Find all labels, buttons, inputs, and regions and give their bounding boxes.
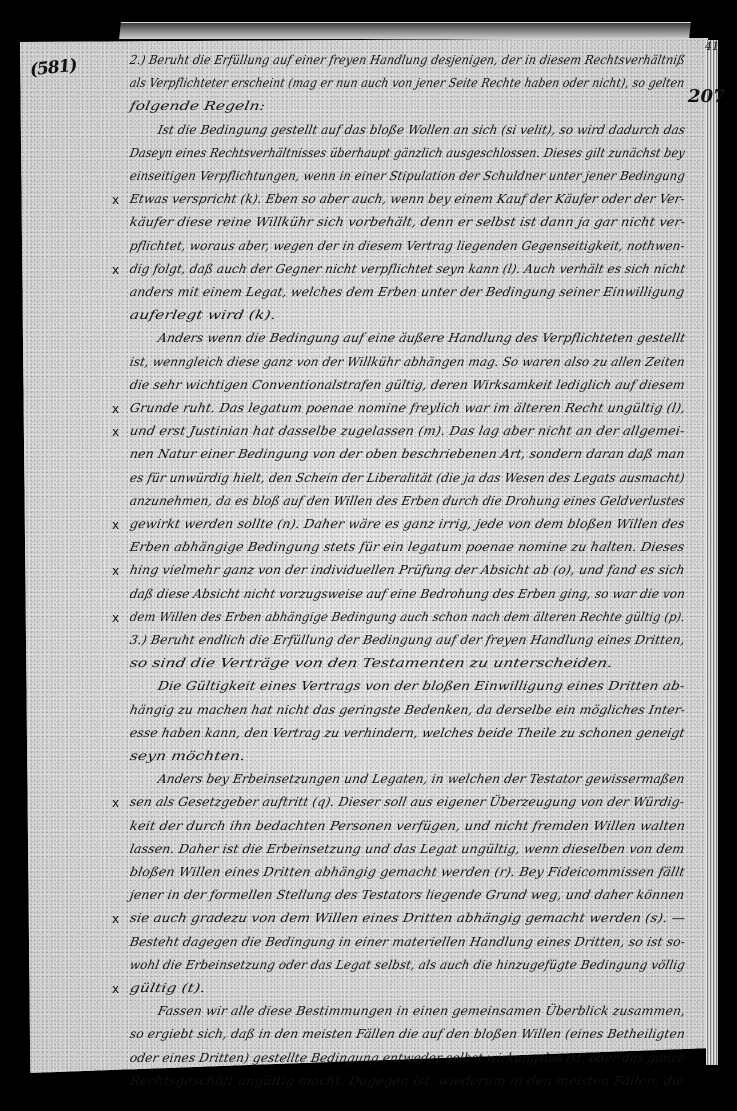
margin-x-marker: x	[112, 402, 119, 416]
manuscript-line: sen als Gesetzgeber auftritt (q). Dieser…	[129, 794, 686, 809]
margin-x-marker: x	[112, 518, 119, 532]
margin-x-marker: x	[112, 564, 119, 578]
manuscript-line: es für unwürdig hielt, den Schein der Li…	[129, 470, 686, 485]
manuscript-line: gewirkt werden sollte (n). Daher wäre es…	[129, 516, 686, 531]
margin-x-marker: x	[112, 796, 119, 810]
manuscript-line: lassen. Daher ist die Erbeinsetzung und …	[129, 841, 686, 856]
manuscript-line: Anders wenn die Bedingung auf eine äußer…	[157, 330, 687, 345]
page-number-top: 41	[705, 40, 719, 53]
manuscript-line: esse haben kann, den Vertrag zu verhinde…	[129, 725, 686, 740]
manuscript-line: pflichtet, woraus aber, wegen der in die…	[129, 238, 686, 253]
manuscript-line: gültig (t).	[129, 980, 207, 995]
manuscript-line: anders mit einem Legat, welches dem Erbe…	[129, 284, 686, 299]
margin-x-marker: x	[112, 611, 119, 625]
margin-x-marker: x	[112, 982, 119, 996]
manuscript-line: Ist die Bedingung gestellt auf das bloße…	[157, 122, 687, 137]
manuscript-line: oder eines Dritten) gestellte Bedingung …	[129, 1050, 686, 1065]
manuscript-line: seyn möchten.	[129, 748, 247, 763]
manuscript-line: sie auch gradezu von dem Willen eines Dr…	[129, 910, 687, 925]
manuscript-line: folgende Regeln:	[129, 98, 267, 113]
manuscript-line: jener in der formellen Stellung des Test…	[129, 887, 686, 902]
page-right-edge	[706, 40, 718, 1065]
manuscript-line: 2.) Beruht die Erfüllung auf einer freye…	[129, 52, 687, 67]
manuscript-line: ist, wenngleich diese ganz von der Willk…	[129, 354, 687, 369]
page-stack-edge	[119, 22, 691, 39]
margin-x-marker: x	[112, 263, 119, 277]
manuscript-line: die sehr wichtigen Conventionalstrafen g…	[129, 377, 687, 392]
manuscript-line: hing vielmehr ganz von der individuellen…	[129, 562, 686, 577]
manuscript-line: daß diese Absicht nicht vorzugsweise auf…	[129, 586, 687, 601]
manuscript-line: Erben abhängige Bedingung stets für ein …	[129, 539, 686, 554]
manuscript-scan: (581) 41 207 xxxxxxxxxx 2.) Beruht die E…	[0, 0, 737, 1111]
margin-x-marker: x	[112, 193, 119, 207]
page-number-main: 207	[688, 86, 726, 107]
manuscript-line: auferlegt wird (k).	[129, 307, 278, 322]
manuscript-line: Etwas verspricht (k). Eben so aber auch,…	[129, 191, 687, 206]
manuscript-line: einseitigen Verpflichtungen, wenn in ein…	[129, 168, 687, 183]
manuscript-line: Rechtsgeschäft ungültig macht. Dagegen i…	[129, 1073, 686, 1088]
manuscript-line: so sind die Verträge von den Testamenten…	[129, 655, 614, 670]
margin-x-marker: x	[112, 912, 119, 926]
manuscript-line: Besteht dagegen die Bedingung in einer m…	[129, 934, 687, 949]
manuscript-line: nen Natur einer Bedingung von der oben b…	[129, 446, 686, 461]
manuscript-line: Daseyn eines Rechtsverhältnisses überhau…	[129, 145, 686, 160]
manuscript-line: dig folgt, daß auch der Gegner nicht ver…	[129, 261, 687, 276]
manuscript-line: Die Gültigkeit eines Vertrags von der bl…	[157, 678, 686, 693]
manuscript-line: Grunde ruht. Das legatum poenae nomine f…	[129, 400, 687, 415]
manuscript-line: Fassen wir alle diese Bestimmungen in ei…	[157, 1003, 687, 1018]
manuscript-line: 3.) Beruht endlich die Erfüllung der Bed…	[129, 632, 687, 647]
manuscript-line: käufer diese reine Willkühr sich vorbehä…	[129, 214, 687, 229]
manuscript-line: anzunehmen, da es bloß auf den Willen de…	[129, 493, 686, 508]
manuscript-line: dem Willen des Erben abhängige Bedingung…	[129, 609, 687, 624]
margin-x-marker: x	[112, 425, 119, 439]
manuscript-line: wohl die Erbeinsetzung oder das Legat se…	[129, 957, 687, 972]
manuscript-line: bloßen Willen eines Dritten abhängig gem…	[129, 864, 686, 879]
manuscript-line: keit der durch ihn bedachten Personen ve…	[129, 818, 687, 833]
manuscript-line: und erst Justinian hat dasselbe zugelass…	[129, 423, 686, 438]
manuscript-line: Anders bey Erbeinsetzungen und Legaten, …	[157, 771, 686, 786]
manuscript-line: so ergiebt sich, daß in den meisten Fäll…	[129, 1026, 687, 1041]
manuscript-line: als Verpflichteter erscheint (mag er nun…	[129, 75, 686, 90]
manuscript-line: hängig zu machen hat nicht das geringste…	[129, 702, 687, 717]
